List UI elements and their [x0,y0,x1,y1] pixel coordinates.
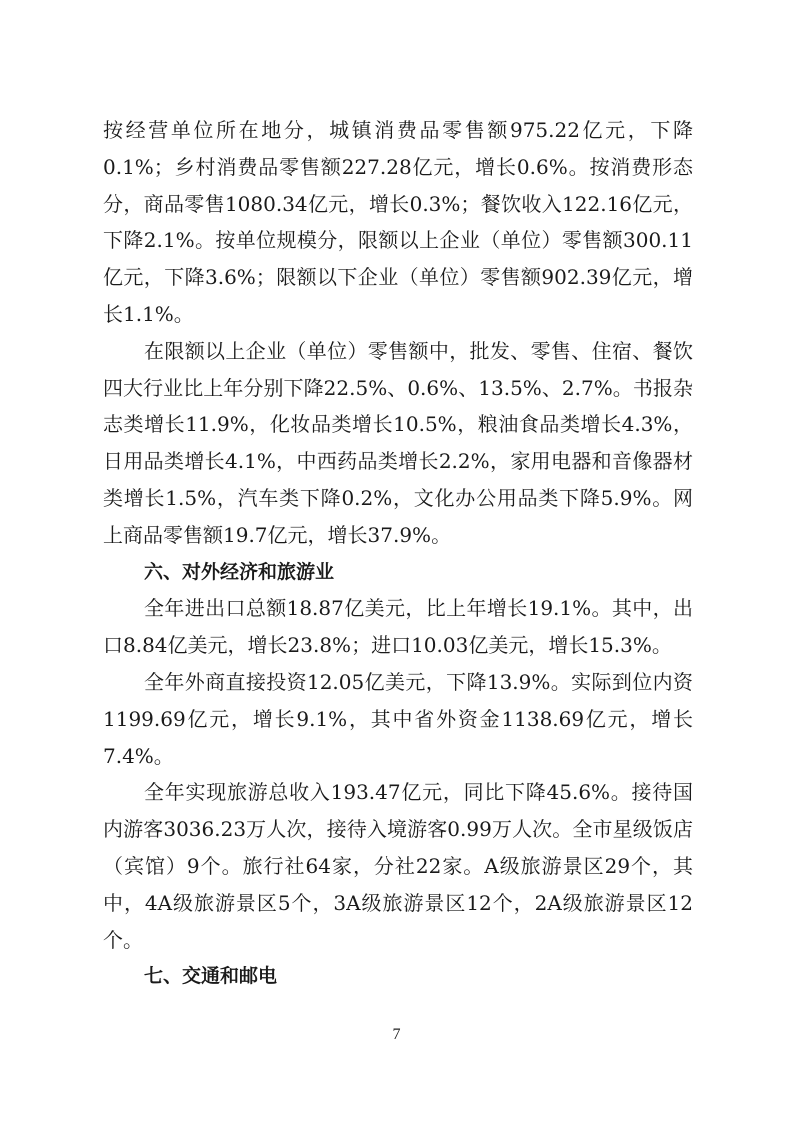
page-number: 7 [0,1026,793,1044]
section-heading-foreign-economy-tourism: 六、对外经济和旅游业 [103,554,693,591]
paragraph-investment: 全年外商直接投资12.05亿美元，下降13.9%。实际到位内资1199.69亿元… [103,664,693,774]
paragraph-retail-by-location: 按经营单位所在地分，城镇消费品零售额975.22亿元，下降0.1%；乡村消费品零… [103,112,693,333]
paragraph-import-export: 全年进出口总额18.87亿美元，比上年增长19.1%。其中，出口8.84亿美元，… [103,590,693,664]
document-body: 按经营单位所在地分，城镇消费品零售额975.22亿元，下降0.1%；乡村消费品零… [103,112,693,995]
paragraph-tourism: 全年实现旅游总收入193.47亿元，同比下降45.6%。接待国内游客3036.2… [103,774,693,958]
section-heading-transport-post: 七、交通和邮电 [103,958,693,995]
paragraph-retail-by-industry: 在限额以上企业（单位）零售额中，批发、零售、住宿、餐饮四大行业比上年分别下降22… [103,333,693,554]
